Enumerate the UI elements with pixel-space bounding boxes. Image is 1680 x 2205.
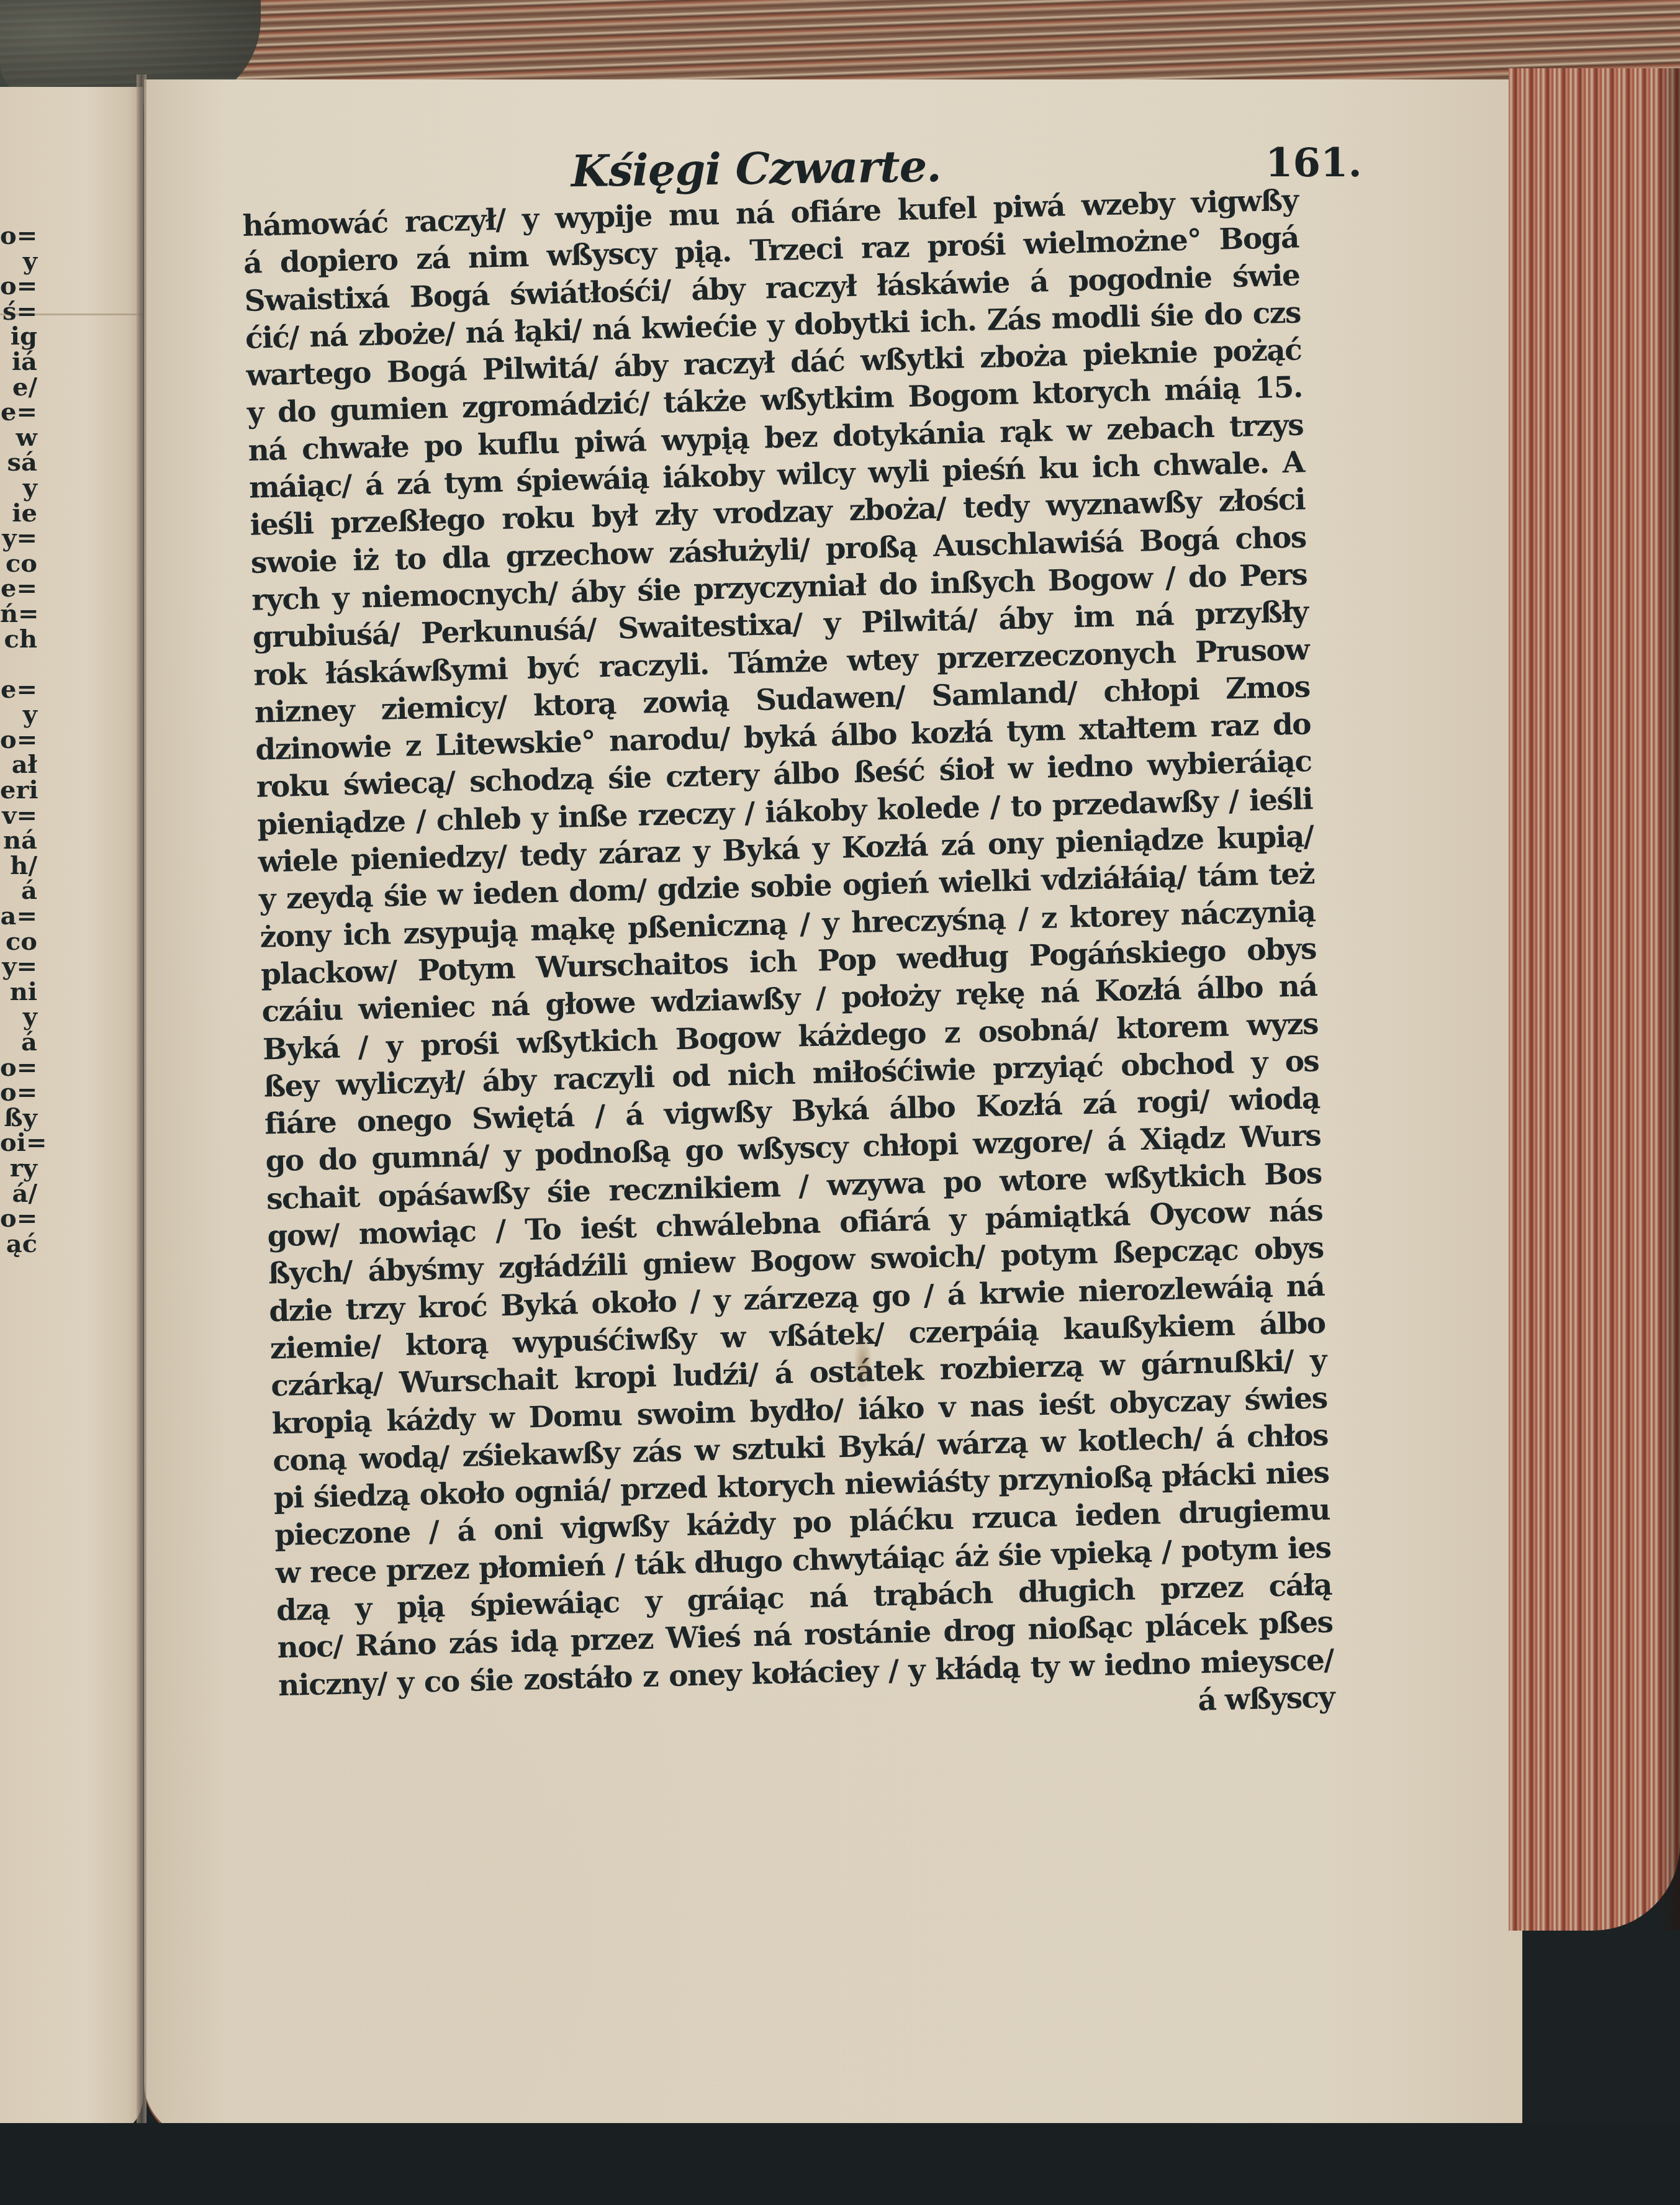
fragment-line: v= xyxy=(0,803,37,829)
page-number: 161. xyxy=(1265,140,1362,186)
fragment-line: a= xyxy=(0,904,37,929)
fragment-line: y= xyxy=(0,526,37,551)
fragment-line: á xyxy=(0,1030,37,1055)
fragment-line: o= xyxy=(0,1080,37,1106)
fragment-line: y xyxy=(0,1004,37,1030)
fragment-line: ná xyxy=(0,828,37,854)
fragment-line: ń= xyxy=(0,602,37,627)
fragment-line: y xyxy=(0,702,37,728)
fragment-line: ch xyxy=(0,627,37,652)
fore-edge xyxy=(1509,68,1680,1931)
fragment-line: y xyxy=(0,476,37,501)
fragment-line: ie xyxy=(0,501,37,526)
fragment-line: á xyxy=(0,878,37,904)
fragment-line: y= xyxy=(0,954,37,980)
fragment-line: iá xyxy=(0,349,37,375)
fragment-line: co xyxy=(0,929,37,955)
fragment-line xyxy=(0,652,37,677)
fragment-line: ßy xyxy=(0,1106,37,1131)
fragment-line: ry xyxy=(0,1156,37,1181)
fragment-line: o= xyxy=(0,274,37,299)
fragment-line: ś= xyxy=(0,299,37,325)
fragment-line: y xyxy=(0,249,37,274)
fragment-line: e/ xyxy=(0,375,37,400)
fragment-line: o= xyxy=(0,223,37,249)
gutter xyxy=(137,74,147,2148)
fragment-line: ał xyxy=(0,752,37,778)
background-surface xyxy=(0,2123,1680,2205)
fragment-line: o= xyxy=(0,728,37,753)
fragment-line: h/ xyxy=(0,854,37,879)
fragment-line: ni xyxy=(0,980,37,1005)
fragment-line: e= xyxy=(0,677,37,703)
fragment-line: co xyxy=(0,551,37,577)
book-spread: o=yo=ś=igiáe/e=wsáyiey=coe=ń=ch e=yo=ałe… xyxy=(0,0,1680,2205)
fragment-line: ig xyxy=(0,324,37,349)
fragment-line: á/ xyxy=(0,1181,37,1207)
fragment-line: oi= xyxy=(0,1130,37,1156)
fragment-line: e= xyxy=(0,576,37,602)
fragment-line: o= xyxy=(0,1055,37,1081)
body-text: hámowáć raczył/ y wypije mu ná ofiáre ku… xyxy=(242,182,1335,1742)
ink-stain xyxy=(854,1335,872,1391)
fragment-line: e= xyxy=(0,400,37,425)
fragment-line: eri xyxy=(0,778,37,803)
fragment-line: o= xyxy=(0,1206,37,1232)
fragment-line: ąć xyxy=(0,1232,37,1257)
left-page-text-fragment: o=yo=ś=igiáe/e=wsáyiey=coe=ń=ch e=yo=ałe… xyxy=(0,223,37,1256)
fragment-line: sá xyxy=(0,450,37,476)
running-head: Kśięgi Czwarte. xyxy=(571,140,941,197)
fragment-line: w xyxy=(0,425,37,451)
